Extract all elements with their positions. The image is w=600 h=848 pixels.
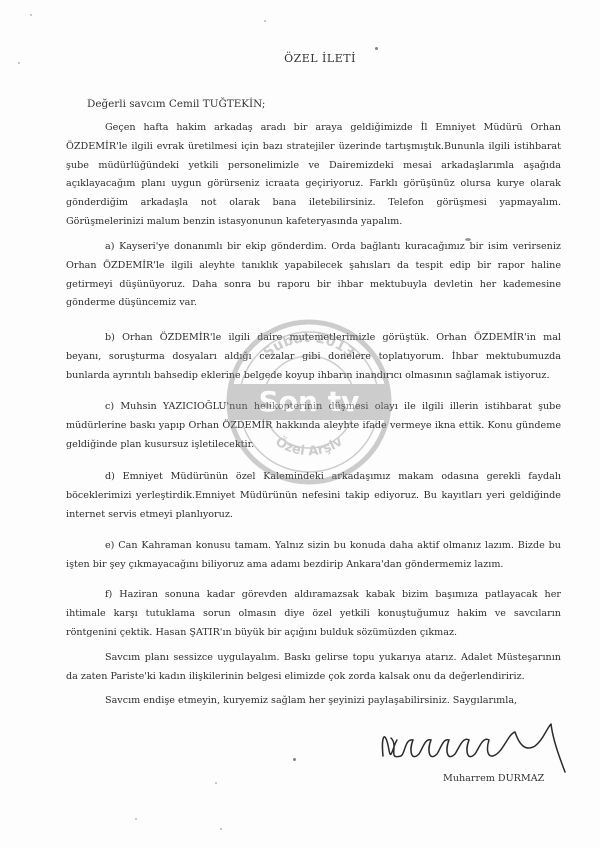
paragraph-f: f) Haziran sonuna kadar görevden aldıram… — [66, 586, 561, 642]
scan-speck — [220, 828, 222, 830]
scan-speck — [135, 818, 137, 820]
paragraph-plan: Savcım planı sessizce uygulayalım. Baskı… — [66, 649, 561, 687]
scan-speck — [465, 238, 471, 241]
paragraph-closing: Savcım endişe etmeyin, kuryemiz sağlam h… — [66, 692, 561, 711]
paragraph-d: d) Emniyet Müdürünün özel Kalemindeki ar… — [66, 468, 561, 524]
scan-speck — [30, 14, 32, 16]
paragraph-intro: Geçen hafta hakim arkadaş aradı bir aray… — [66, 119, 561, 232]
scan-speck — [375, 47, 378, 50]
paragraph-a: a) Kayseri'ye donanımlı bir ekip gönderd… — [66, 238, 561, 313]
scan-speck — [215, 782, 217, 784]
scan-speck — [293, 758, 296, 761]
signer-name: Muharrem DURMAZ — [443, 773, 544, 784]
salutation: Değerli savcım Cemil TUĞTEKİN; — [87, 98, 265, 110]
paragraph-b: b) Orhan ÖZDEMİR'le ilgili daire mutemet… — [66, 329, 561, 385]
document-title: ÖZEL İLETİ — [0, 52, 600, 65]
document-page: ÖZEL İLETİ Değerli savcım Cemil TUĞTEKİN… — [0, 0, 600, 848]
scan-speck — [18, 62, 20, 64]
paragraph-e: e) Can Kahraman konusu tamam. Yalnız siz… — [66, 537, 561, 575]
paragraph-c: c) Muhsin YAZICIOĞLU'nun helikopterinin … — [66, 398, 561, 454]
handwritten-signature — [375, 716, 585, 776]
scan-speck — [264, 20, 266, 22]
